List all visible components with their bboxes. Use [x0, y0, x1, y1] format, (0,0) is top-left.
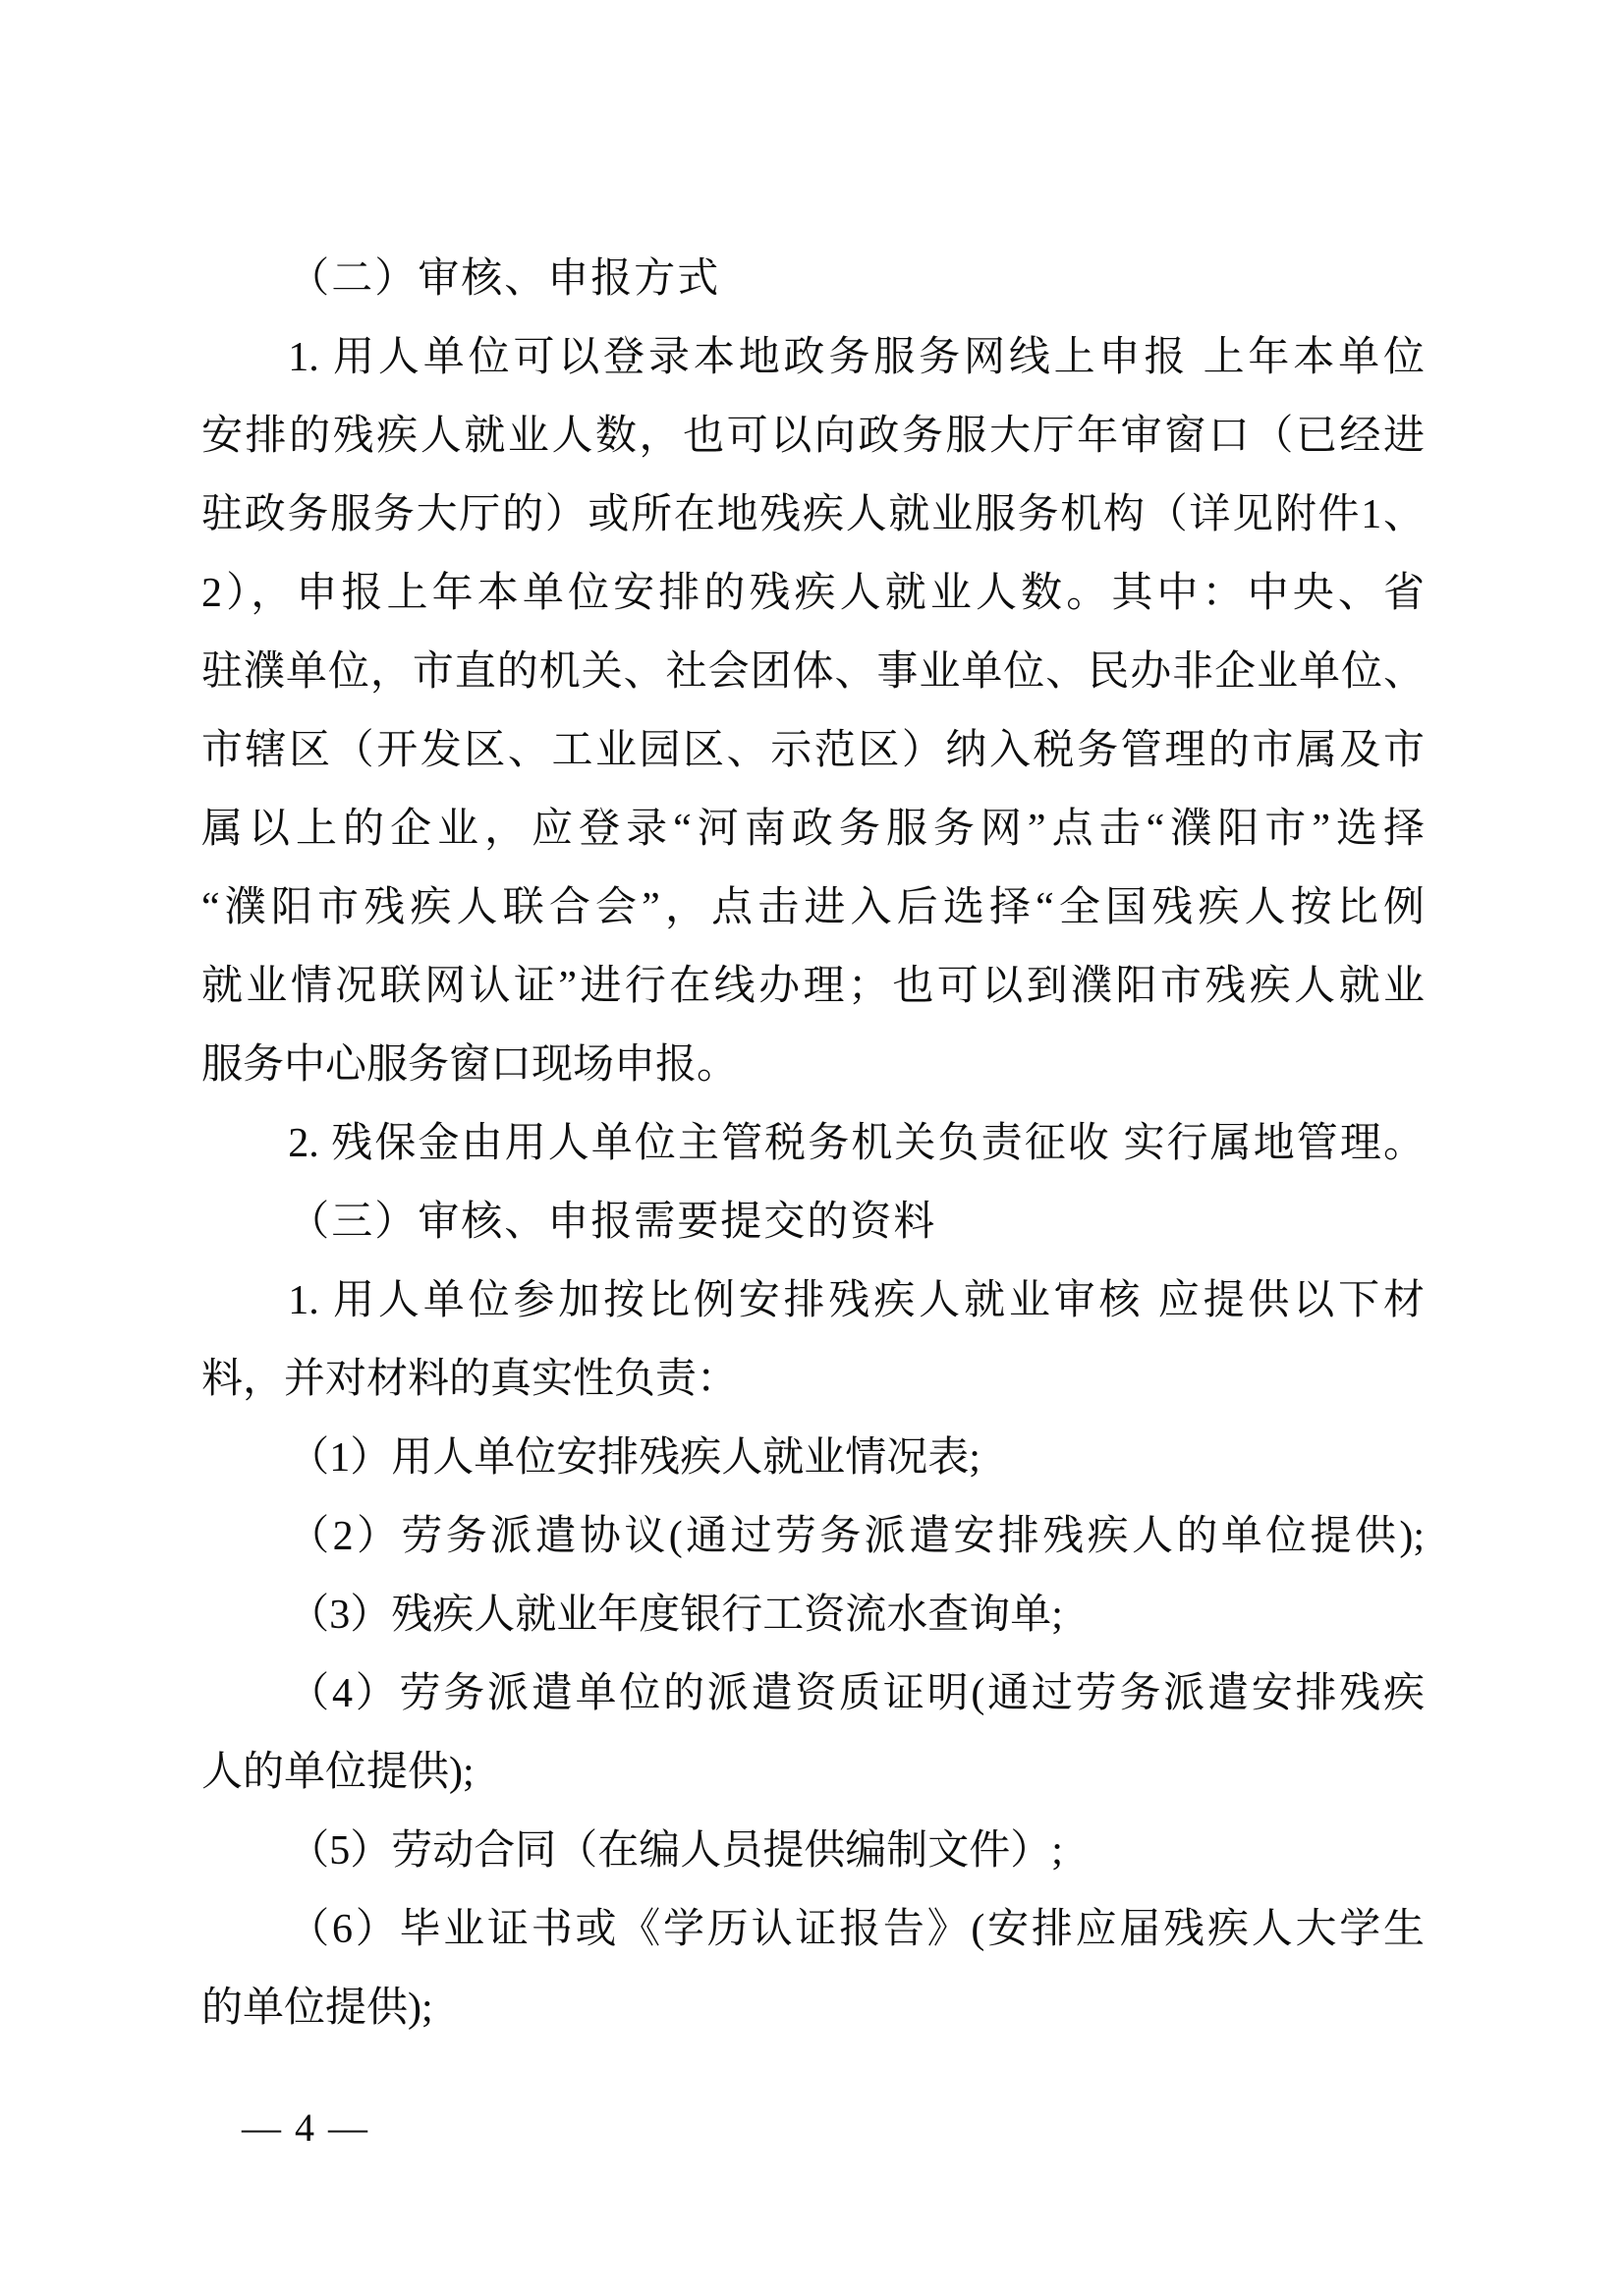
text-line: （6）毕业证书或《学历认证报告》(安排应届残疾人大学生	[201, 1890, 1425, 1969]
paragraph-2-1: 1. 用人单位可以登录本地政务服务网线上申报 上年本单位安排的残疾人就业人数，也…	[201, 318, 1425, 1104]
text-line: 1. 用人单位参加按比例安排残疾人就业审核 应提供以下材	[201, 1261, 1425, 1340]
list-item-2: （2）劳务派遣协议(通过劳务派遣安排残疾人的单位提供);	[201, 1497, 1425, 1576]
document-body: （二）审核、申报方式1. 用人单位可以登录本地政务服务网线上申报 上年本单位安排…	[201, 240, 1425, 2047]
text-line: （2）劳务派遣协议(通过劳务派遣安排残疾人的单位提供);	[201, 1497, 1425, 1576]
text-line: （5）劳动合同（在编人员提供编制文件）;	[201, 1812, 1425, 1890]
list-item-3: （3）残疾人就业年度银行工资流水查询单;	[201, 1576, 1425, 1654]
text-line: 安排的残疾人就业人数，也可以向政务服大厅年审窗口（已经进	[201, 397, 1425, 476]
text-line: 市辖区（开发区、工业园区、示范区）纳入税务管理的市属及市	[201, 711, 1425, 790]
document-page: （二）审核、申报方式1. 用人单位可以登录本地政务服务网线上申报 上年本单位安排…	[0, 0, 1624, 2296]
text-line: 1. 用人单位可以登录本地政务服务网线上申报 上年本单位	[201, 318, 1425, 397]
text-line: 人的单位提供);	[201, 1733, 1425, 1812]
text-line: 2. 残保金由用人单位主管税务机关负责征收 实行属地管理。	[201, 1104, 1425, 1183]
text-line: （1）用人单位安排残疾人就业情况表;	[201, 1419, 1425, 1497]
heading-section-3: （三）审核、申报需要提交的资料	[201, 1183, 1425, 1261]
page-number: — 4 —	[242, 2099, 369, 2157]
text-line: （4）劳务派遣单位的派遣资质证明(通过劳务派遣安排残疾	[201, 1654, 1425, 1733]
text-line: 2），申报上年本单位安排的残疾人就业人数。其中：中央、省	[201, 554, 1425, 633]
text-line: 服务中心服务窗口现场申报。	[201, 1026, 1425, 1104]
text-line: 就业情况联网认证”进行在线办理；也可以到濮阳市残疾人就业	[201, 947, 1425, 1026]
list-item-5: （5）劳动合同（在编人员提供编制文件）;	[201, 1812, 1425, 1890]
text-line: 驻濮单位，市直的机关、社会团体、事业单位、民办非企业单位、	[201, 633, 1425, 711]
heading-line: （三）审核、申报需要提交的资料	[201, 1183, 1425, 1261]
text-line: “濮阳市残疾人联合会”，点击进入后选择“全国残疾人按比例	[201, 868, 1425, 947]
text-line: 属以上的企业，应登录“河南政务服务网”点击“濮阳市”选择	[201, 790, 1425, 868]
paragraph-2-2: 2. 残保金由用人单位主管税务机关负责征收 实行属地管理。	[201, 1104, 1425, 1183]
text-line: 料，并对材料的真实性负责：	[201, 1340, 1425, 1419]
heading-section-2: （二）审核、申报方式	[201, 240, 1425, 318]
text-line: 的单位提供);	[201, 1969, 1425, 2047]
list-item-1: （1）用人单位安排残疾人就业情况表;	[201, 1419, 1425, 1497]
paragraph-3-1: 1. 用人单位参加按比例安排残疾人就业审核 应提供以下材料，并对材料的真实性负责…	[201, 1261, 1425, 1419]
list-item-4: （4）劳务派遣单位的派遣资质证明(通过劳务派遣安排残疾人的单位提供);	[201, 1654, 1425, 1812]
text-line: 驻政务服务大厅的）或所在地残疾人就业服务机构（详见附件1、	[201, 476, 1425, 554]
text-line: （3）残疾人就业年度银行工资流水查询单;	[201, 1576, 1425, 1654]
list-item-6: （6）毕业证书或《学历认证报告》(安排应届残疾人大学生的单位提供);	[201, 1890, 1425, 2047]
heading-line: （二）审核、申报方式	[201, 240, 1425, 318]
